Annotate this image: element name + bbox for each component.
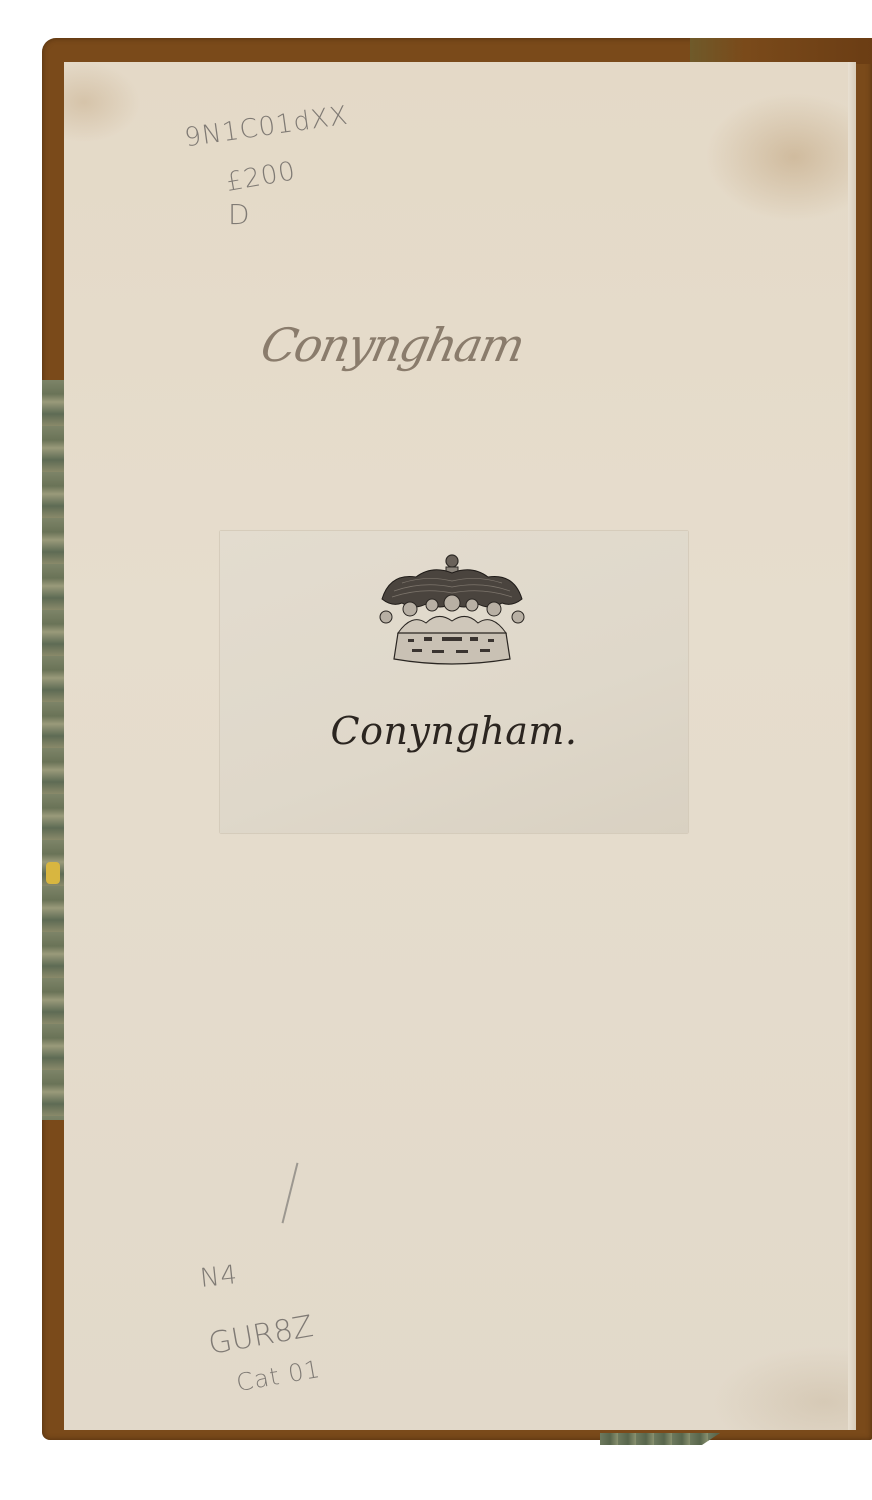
bookplate-name: Conyngham.: [220, 709, 688, 753]
marbled-yellow-spot: [46, 862, 60, 884]
pencil-note-n4: N4: [199, 1260, 240, 1294]
coronet-crown-icon: [372, 551, 532, 671]
bookplate-card: Conyngham.: [220, 531, 688, 833]
board-edge-top-right: [690, 38, 872, 64]
ink-signature: Conyngham: [256, 318, 528, 372]
paper-right-edge: [848, 62, 856, 1430]
marbled-board-edge-left: [42, 380, 64, 1120]
pencil-note-letter: D: [228, 198, 251, 231]
marbled-board-edge-bottom: [600, 1433, 720, 1445]
